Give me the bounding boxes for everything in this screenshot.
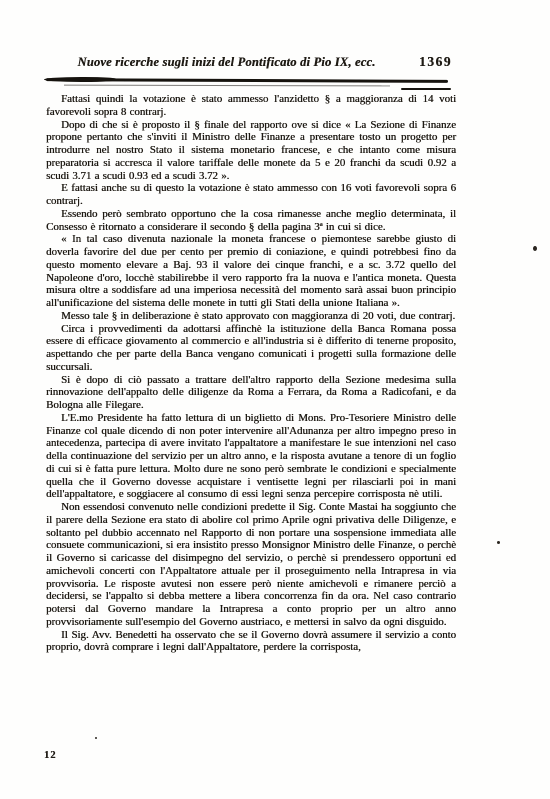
paragraph: Il Sig. Avv. Benedetti ha osservato che …	[46, 629, 456, 655]
paragraph: « In tal caso divenuta nazionale la mone…	[46, 233, 456, 310]
paragraph: Dopo di che si è proposto il § finale de…	[46, 119, 456, 183]
ink-speck	[497, 541, 500, 544]
paragraph: Messo tale § in deliberazione è stato ap…	[46, 310, 456, 323]
paragraph: Circa i provvedimenti da adottarsi affin…	[46, 323, 456, 374]
paragraph: Non essendosi convenuto nelle condizioni…	[46, 501, 456, 629]
paragraph: Si è dopo di ciò passato a trattare dell…	[46, 374, 456, 412]
header-rule-shadow	[64, 85, 390, 87]
page-body: Fattasi quindi la votazione è stato amme…	[46, 93, 456, 654]
page-number-underline	[401, 88, 451, 90]
running-header-title: Nuove ricerche sugli inizi del Pontifica…	[46, 55, 407, 70]
signature-mark: 12	[44, 750, 57, 761]
running-header: Nuove ricerche sugli inizi del Pontifica…	[46, 54, 452, 70]
paragraph: E fattasi anche su di questo la votazion…	[46, 182, 456, 208]
paragraph: Fattasi quindi la votazione è stato amme…	[46, 93, 456, 119]
scanned-page: Nuove ricerche sugli inizi del Pontifica…	[0, 0, 550, 799]
paragraph: L'E.mo Presidente ha fatto lettura di un…	[46, 412, 456, 501]
ink-speck	[95, 737, 97, 739]
header-rule	[46, 78, 448, 83]
ink-speck	[533, 246, 537, 251]
page-number: 1369	[419, 54, 452, 70]
paragraph: Essendo però sembrato opportuno che la c…	[46, 208, 456, 234]
